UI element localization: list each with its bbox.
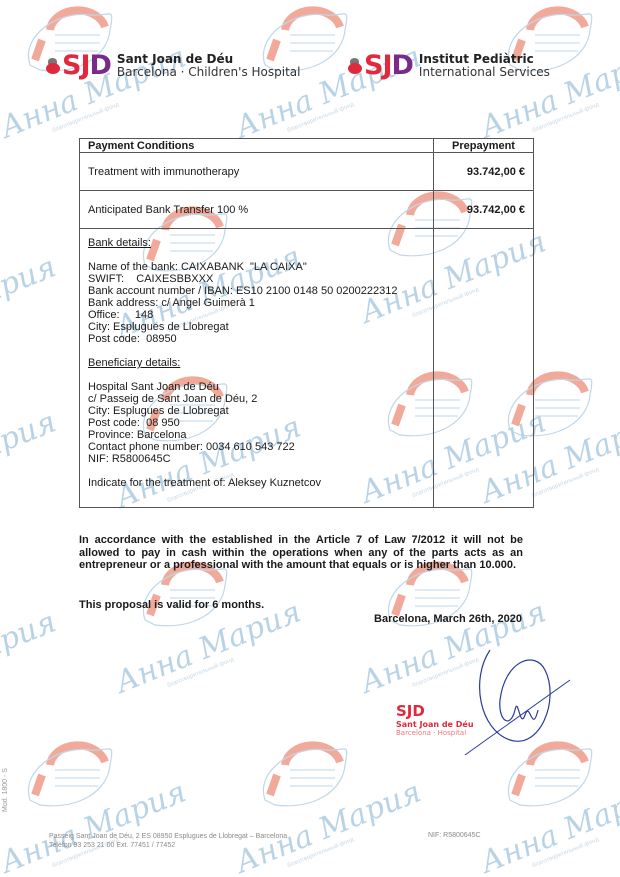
- bank-detail-line: SWIFT: CAIXESBBXXX: [88, 273, 425, 285]
- row-amount: 93.742,00 €: [434, 191, 534, 229]
- table-row: Anticipated Bank Transfer 100 % 93.742,0…: [80, 191, 534, 229]
- row-label: Treatment with immunotherapy: [80, 153, 434, 191]
- beneficiary-detail-line: c/ Passeig de Sant Joan de Déu, 2: [88, 393, 425, 405]
- watermark-subtext: благотворительный фонд: [286, 837, 354, 869]
- watermark-subtext: благотворительный фонд: [531, 102, 599, 134]
- beneficiary-detail-line: Hospital Sant Joan de Déu: [88, 381, 425, 393]
- logo-line2: International Services: [419, 66, 550, 79]
- bank-detail-line: Post code: 08950: [88, 333, 425, 345]
- validity-note: This proposal is valid for 6 months.: [79, 599, 264, 611]
- details-empty-cell: [434, 229, 534, 508]
- payment-details-cell: Bank details: Name of the bank: CAIXABAN…: [80, 229, 434, 508]
- beneficiary-details-heading: Beneficiary details:: [88, 357, 425, 369]
- watermark-text: Анна Мария: [0, 249, 61, 355]
- footer-address-line: Passeig Sant Joan de Déu, 2 ES 08950 Esp…: [49, 832, 287, 841]
- header-prepayment: Prepayment: [434, 139, 534, 153]
- bank-detail-line: Name of the bank: CAIXABANK "LA CAIXA": [88, 261, 425, 273]
- footer-nif: NIF: R5800645C: [428, 832, 481, 839]
- watermark-text: Анна Мария: [0, 774, 191, 877]
- logo-line1: Institut Pediàtric: [419, 53, 550, 66]
- row-amount: 93.742,00 €: [434, 153, 534, 191]
- bank-detail-line: City: Esplugues de Llobregat: [88, 321, 425, 333]
- logo-line1: Sant Joan de Déu: [117, 53, 301, 66]
- watermark-subtext: благотворительный фонд: [51, 102, 119, 134]
- signature-icon: [460, 640, 580, 760]
- sjd-bear-icon: [46, 58, 60, 74]
- bank-detail-line: Bank address: c/ Angel Guimerà 1: [88, 297, 425, 309]
- beneficiary-detail-line: Post code: 08 950: [88, 417, 425, 429]
- watermark-subtext: благотворительный фонд: [531, 837, 599, 869]
- beneficiary-detail-line: City: Esplugues de Llobregat: [88, 405, 425, 417]
- bank-detail-line: Office: 148: [88, 309, 425, 321]
- sjd-bear-icon: [348, 58, 362, 74]
- watermark-text: Анна Мария: [0, 404, 61, 510]
- bank-details: Name of the bank: CAIXABANK "LA CAIXA"SW…: [88, 261, 425, 345]
- footer-phone-line: Telèfon 93 253 21 00 Ext. 77451 / 77452: [49, 841, 287, 850]
- stamp-mark: SJD: [396, 702, 474, 720]
- table-header-row: Payment Conditions Prepayment: [80, 139, 534, 153]
- stamp-line2: Barcelona · Hospital: [396, 729, 474, 737]
- watermark-subtext: благотворительный фонд: [531, 467, 599, 499]
- hospital-stamp: SJD Sant Joan de Déu Barcelona · Hospita…: [396, 702, 474, 737]
- patient-indication: Indicate for the treatment of: Aleksey K…: [88, 477, 425, 489]
- charity-hand-icon: [20, 740, 120, 820]
- legal-notice: In accordance with the established in th…: [79, 534, 523, 572]
- sjd-institut-pediatric-logo: SJD Institut Pediàtric International Ser…: [348, 52, 550, 79]
- payment-table: Payment Conditions Prepayment Treatment …: [79, 138, 534, 508]
- header-payment-conditions: Payment Conditions: [80, 139, 434, 153]
- charity-hand-icon: [255, 740, 355, 820]
- footer-address: Passeig Sant Joan de Déu, 2 ES 08950 Esp…: [49, 832, 287, 850]
- watermark-subtext: благотворительный фонд: [166, 657, 234, 689]
- bank-details-heading: Bank details:: [88, 237, 425, 249]
- beneficiary-detail-line: Province: Barcelona: [88, 429, 425, 441]
- beneficiary-detail-line: Contact phone number: 0034 610 543 722: [88, 441, 425, 453]
- watermark-subtext: благотворительный фонд: [286, 102, 354, 134]
- details-row: Bank details: Name of the bank: CAIXABAN…: [80, 229, 534, 508]
- place-date: Barcelona, March 26th, 2020: [374, 613, 522, 625]
- row-label: Anticipated Bank Transfer 100 %: [80, 191, 434, 229]
- logo-line2: Barcelona · Children's Hospital: [117, 66, 301, 79]
- sjd-logo-mark: SJD: [62, 52, 111, 79]
- bank-detail-line: Bank account number / IBAN: ES10 2100 01…: [88, 285, 425, 297]
- sjd-childrens-hospital-logo: SJD Sant Joan de Déu Barcelona · Childre…: [46, 52, 301, 79]
- charity-hand-icon: [380, 560, 480, 640]
- watermark-text: Анна Мария: [231, 774, 426, 877]
- table-row: Treatment with immunotherapy 93.742,00 €: [80, 153, 534, 191]
- watermark-text: Анна Мария: [476, 774, 620, 877]
- beneficiary-details: Hospital Sant Joan de Déuc/ Passeig de S…: [88, 381, 425, 465]
- watermark-text: Анна Мария: [0, 604, 61, 710]
- form-code: Mod. 1800 - S: [2, 768, 9, 812]
- beneficiary-detail-line: NIF: R5800645C: [88, 453, 425, 465]
- stamp-line1: Sant Joan de Déu: [396, 720, 474, 729]
- sjd-logo-mark: SJD: [364, 52, 413, 79]
